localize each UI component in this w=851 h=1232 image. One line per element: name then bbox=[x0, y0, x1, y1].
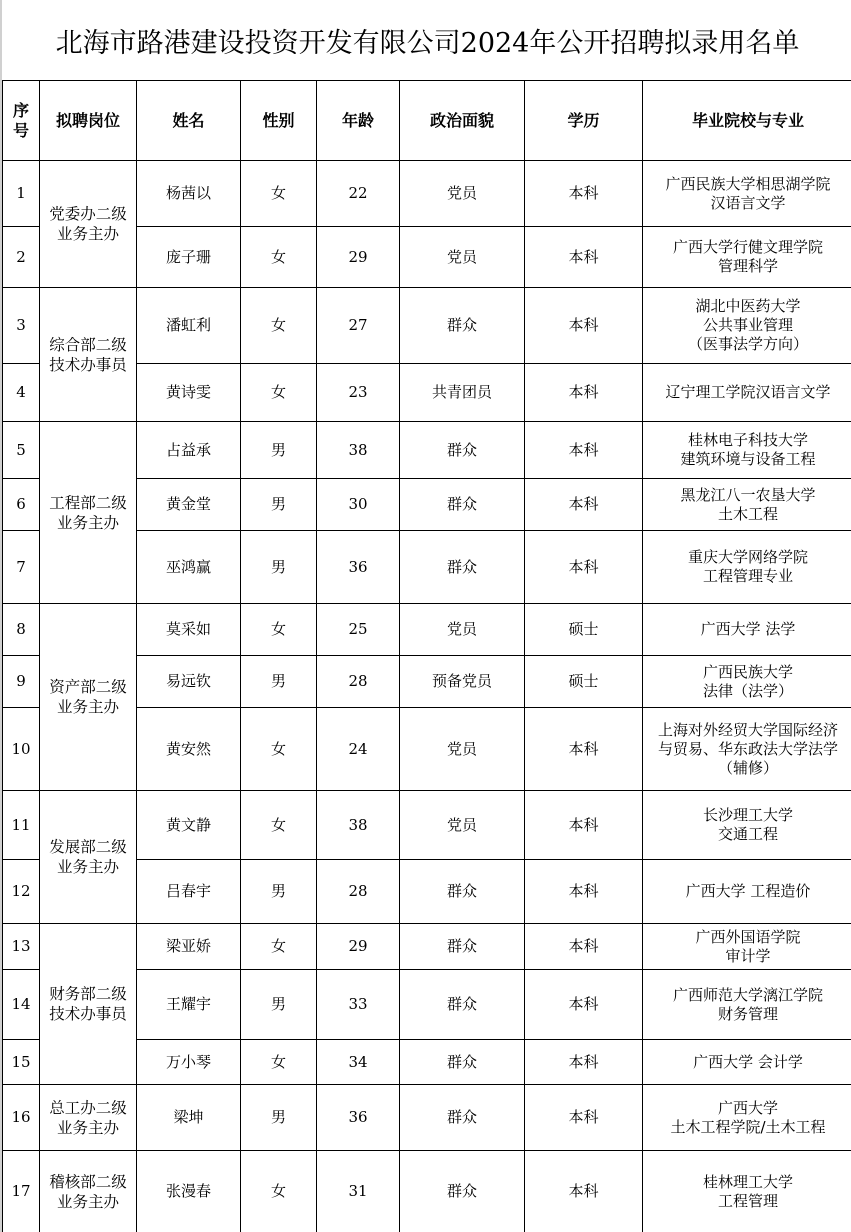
political-status-cell: 党员 bbox=[400, 708, 525, 791]
school-major-cell: 辽宁理工学院汉语言文学 bbox=[643, 364, 851, 422]
age-cell: 38 bbox=[317, 422, 400, 479]
education-cell: 本科 bbox=[525, 791, 643, 860]
political-status-cell: 群众 bbox=[400, 531, 525, 604]
gender-cell: 男 bbox=[241, 970, 317, 1040]
gender-cell: 男 bbox=[241, 479, 317, 531]
education-cell: 本科 bbox=[525, 860, 643, 924]
name-cell: 易远钦 bbox=[137, 656, 241, 708]
age-cell: 29 bbox=[317, 227, 400, 288]
name-cell: 黄诗雯 bbox=[137, 364, 241, 422]
education-cell: 本科 bbox=[525, 288, 643, 364]
header-political: 政治面貌 bbox=[400, 81, 525, 161]
political-status-cell: 党员 bbox=[400, 791, 525, 860]
political-status-cell: 党员 bbox=[400, 227, 525, 288]
row-index: 13 bbox=[3, 924, 40, 970]
school-major-cell: 广西大学 法学 bbox=[643, 604, 851, 656]
school-major-cell: 广西大学行健文理学院 管理科学 bbox=[643, 227, 851, 288]
name-cell: 梁亚娇 bbox=[137, 924, 241, 970]
political-status-cell: 群众 bbox=[400, 422, 525, 479]
education-cell: 本科 bbox=[525, 227, 643, 288]
position-cell: 发展部二级 业务主办 bbox=[40, 791, 137, 924]
age-cell: 28 bbox=[317, 860, 400, 924]
school-major-cell: 广西外国语学院 审计学 bbox=[643, 924, 851, 970]
gender-cell: 女 bbox=[241, 1151, 317, 1232]
row-index: 16 bbox=[3, 1085, 40, 1151]
age-cell: 36 bbox=[317, 531, 400, 604]
education-cell: 本科 bbox=[525, 708, 643, 791]
political-status-cell: 群众 bbox=[400, 479, 525, 531]
header-position: 拟聘岗位 bbox=[40, 81, 137, 161]
table-row: 16总工办二级 业务主办梁坤男36群众本科广西大学 土木工程学院/土木工程 bbox=[3, 1085, 851, 1151]
name-cell: 王耀宇 bbox=[137, 970, 241, 1040]
header-gender: 性别 bbox=[241, 81, 317, 161]
gender-cell: 男 bbox=[241, 656, 317, 708]
school-major-cell: 湖北中医药大学 公共事业管理 （医事法学方向） bbox=[643, 288, 851, 364]
school-major-cell: 广西大学 会计学 bbox=[643, 1040, 851, 1085]
political-status-cell: 群众 bbox=[400, 1040, 525, 1085]
row-index: 12 bbox=[3, 860, 40, 924]
name-cell: 万小琴 bbox=[137, 1040, 241, 1085]
gender-cell: 男 bbox=[241, 531, 317, 604]
table-row: 8资产部二级 业务主办莫采如女25党员硕士广西大学 法学 bbox=[3, 604, 851, 656]
school-major-cell: 上海对外经贸大学国际经济 与贸易、华东政法大学法学 （辅修） bbox=[643, 708, 851, 791]
table-row: 5工程部二级 业务主办占益承男38群众本科桂林电子科技大学 建筑环境与设备工程 bbox=[3, 422, 851, 479]
age-cell: 31 bbox=[317, 1151, 400, 1232]
spreadsheet-page: 北海市路港建设投资开发有限公司2024年公开招聘拟录用名单 序 号 拟聘岗位 姓… bbox=[0, 0, 851, 1232]
gender-cell: 女 bbox=[241, 161, 317, 227]
position-cell: 稽核部二级 业务主办 bbox=[40, 1151, 137, 1232]
table-body: 1党委办二级 业务主办杨茜以女22党员本科广西民族大学相思湖学院 汉语言文学2庞… bbox=[3, 161, 851, 1232]
name-cell: 莫采如 bbox=[137, 604, 241, 656]
row-index: 6 bbox=[3, 479, 40, 531]
table-row: 1党委办二级 业务主办杨茜以女22党员本科广西民族大学相思湖学院 汉语言文学 bbox=[3, 161, 851, 227]
name-cell: 占益承 bbox=[137, 422, 241, 479]
row-index: 14 bbox=[3, 970, 40, 1040]
school-major-cell: 长沙理工大学 交通工程 bbox=[643, 791, 851, 860]
header-age: 年龄 bbox=[317, 81, 400, 161]
row-index: 1 bbox=[3, 161, 40, 227]
name-cell: 庞子珊 bbox=[137, 227, 241, 288]
name-cell: 黄安然 bbox=[137, 708, 241, 791]
education-cell: 本科 bbox=[525, 1151, 643, 1232]
gender-cell: 女 bbox=[241, 791, 317, 860]
name-cell: 黄金堂 bbox=[137, 479, 241, 531]
age-cell: 24 bbox=[317, 708, 400, 791]
gender-cell: 女 bbox=[241, 364, 317, 422]
age-cell: 38 bbox=[317, 791, 400, 860]
name-cell: 巫鸿赢 bbox=[137, 531, 241, 604]
political-status-cell: 群众 bbox=[400, 288, 525, 364]
position-cell: 资产部二级 业务主办 bbox=[40, 604, 137, 791]
position-cell: 综合部二级 技术办事员 bbox=[40, 288, 137, 422]
gender-cell: 女 bbox=[241, 1040, 317, 1085]
row-index: 3 bbox=[3, 288, 40, 364]
political-status-cell: 群众 bbox=[400, 1085, 525, 1151]
school-major-cell: 广西民族大学相思湖学院 汉语言文学 bbox=[643, 161, 851, 227]
school-major-cell: 广西大学 工程造价 bbox=[643, 860, 851, 924]
school-major-cell: 广西民族大学 法律（法学） bbox=[643, 656, 851, 708]
row-index: 10 bbox=[3, 708, 40, 791]
school-major-cell: 桂林理工大学 工程管理 bbox=[643, 1151, 851, 1232]
row-index: 17 bbox=[3, 1151, 40, 1232]
row-index: 9 bbox=[3, 656, 40, 708]
row-index: 2 bbox=[3, 227, 40, 288]
education-cell: 本科 bbox=[525, 422, 643, 479]
page-title: 北海市路港建设投资开发有限公司2024年公开招聘拟录用名单 bbox=[2, 0, 851, 80]
school-major-cell: 广西大学 土木工程学院/土木工程 bbox=[643, 1085, 851, 1151]
table-row: 3综合部二级 技术办事员潘虹利女27群众本科湖北中医药大学 公共事业管理 （医事… bbox=[3, 288, 851, 364]
education-cell: 本科 bbox=[525, 364, 643, 422]
school-major-cell: 桂林电子科技大学 建筑环境与设备工程 bbox=[643, 422, 851, 479]
age-cell: 33 bbox=[317, 970, 400, 1040]
position-cell: 财务部二级 技术办事员 bbox=[40, 924, 137, 1085]
education-cell: 本科 bbox=[525, 161, 643, 227]
header-row: 序 号 拟聘岗位 姓名 性别 年龄 政治面貌 学历 毕业院校与专业 bbox=[3, 81, 851, 161]
gender-cell: 女 bbox=[241, 288, 317, 364]
table-row: 17稽核部二级 业务主办张漫春女31群众本科桂林理工大学 工程管理 bbox=[3, 1151, 851, 1232]
gender-cell: 女 bbox=[241, 708, 317, 791]
gender-cell: 女 bbox=[241, 924, 317, 970]
school-major-cell: 黑龙江八一农垦大学 土木工程 bbox=[643, 479, 851, 531]
name-cell: 吕春宇 bbox=[137, 860, 241, 924]
row-index: 4 bbox=[3, 364, 40, 422]
education-cell: 本科 bbox=[525, 970, 643, 1040]
hiring-list-table: 序 号 拟聘岗位 姓名 性别 年龄 政治面貌 学历 毕业院校与专业 1党委办二级… bbox=[2, 80, 851, 1232]
age-cell: 30 bbox=[317, 479, 400, 531]
header-index: 序 号 bbox=[3, 81, 40, 161]
education-cell: 本科 bbox=[525, 479, 643, 531]
age-cell: 28 bbox=[317, 656, 400, 708]
gender-cell: 男 bbox=[241, 1085, 317, 1151]
education-cell: 本科 bbox=[525, 1040, 643, 1085]
political-status-cell: 群众 bbox=[400, 1151, 525, 1232]
gender-cell: 男 bbox=[241, 860, 317, 924]
age-cell: 22 bbox=[317, 161, 400, 227]
education-cell: 硕士 bbox=[525, 656, 643, 708]
school-major-cell: 广西师范大学漓江学院 财务管理 bbox=[643, 970, 851, 1040]
gender-cell: 男 bbox=[241, 422, 317, 479]
gender-cell: 女 bbox=[241, 604, 317, 656]
age-cell: 36 bbox=[317, 1085, 400, 1151]
name-cell: 梁坤 bbox=[137, 1085, 241, 1151]
education-cell: 本科 bbox=[525, 1085, 643, 1151]
name-cell: 杨茜以 bbox=[137, 161, 241, 227]
row-index: 7 bbox=[3, 531, 40, 604]
row-index: 8 bbox=[3, 604, 40, 656]
row-index: 5 bbox=[3, 422, 40, 479]
position-cell: 总工办二级 业务主办 bbox=[40, 1085, 137, 1151]
school-major-cell: 重庆大学网络学院 工程管理专业 bbox=[643, 531, 851, 604]
table-row: 13财务部二级 技术办事员梁亚娇女29群众本科广西外国语学院 审计学 bbox=[3, 924, 851, 970]
gender-cell: 女 bbox=[241, 227, 317, 288]
age-cell: 34 bbox=[317, 1040, 400, 1085]
row-index: 15 bbox=[3, 1040, 40, 1085]
position-cell: 工程部二级 业务主办 bbox=[40, 422, 137, 604]
header-education: 学历 bbox=[525, 81, 643, 161]
political-status-cell: 群众 bbox=[400, 970, 525, 1040]
position-cell: 党委办二级 业务主办 bbox=[40, 161, 137, 288]
row-index: 11 bbox=[3, 791, 40, 860]
header-name: 姓名 bbox=[137, 81, 241, 161]
header-school-major: 毕业院校与专业 bbox=[643, 81, 851, 161]
name-cell: 潘虹利 bbox=[137, 288, 241, 364]
age-cell: 25 bbox=[317, 604, 400, 656]
education-cell: 本科 bbox=[525, 924, 643, 970]
table-row: 11发展部二级 业务主办黄文静女38党员本科长沙理工大学 交通工程 bbox=[3, 791, 851, 860]
political-status-cell: 群众 bbox=[400, 924, 525, 970]
education-cell: 硕士 bbox=[525, 604, 643, 656]
political-status-cell: 预备党员 bbox=[400, 656, 525, 708]
age-cell: 23 bbox=[317, 364, 400, 422]
political-status-cell: 群众 bbox=[400, 860, 525, 924]
political-status-cell: 党员 bbox=[400, 161, 525, 227]
name-cell: 黄文静 bbox=[137, 791, 241, 860]
age-cell: 27 bbox=[317, 288, 400, 364]
political-status-cell: 共青团员 bbox=[400, 364, 525, 422]
education-cell: 本科 bbox=[525, 531, 643, 604]
political-status-cell: 党员 bbox=[400, 604, 525, 656]
name-cell: 张漫春 bbox=[137, 1151, 241, 1232]
age-cell: 29 bbox=[317, 924, 400, 970]
